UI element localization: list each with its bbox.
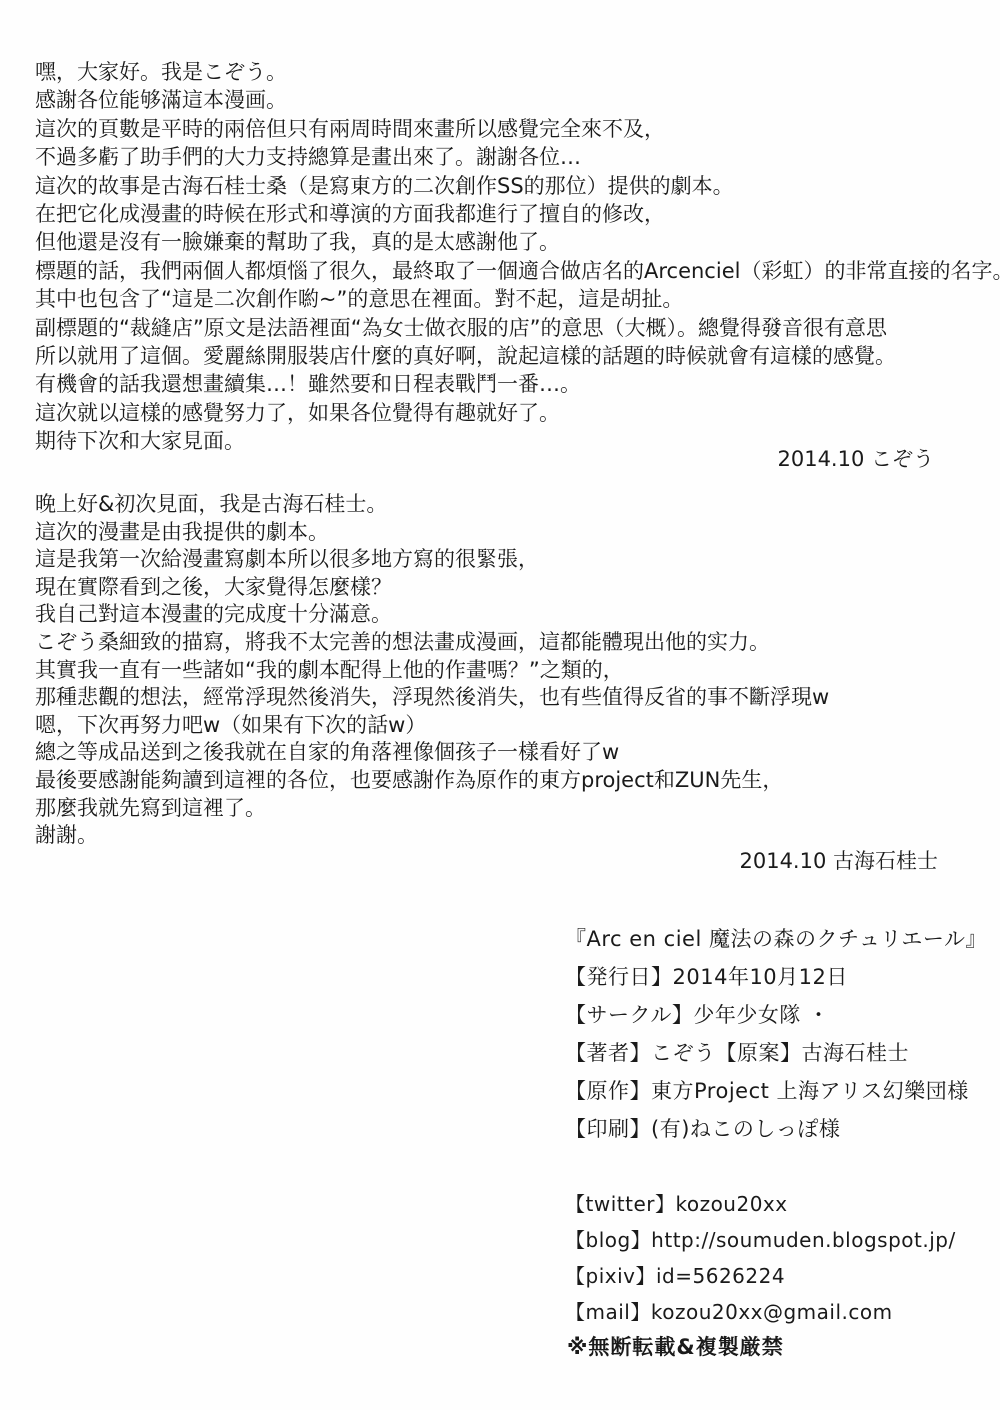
writer-signature-date: 2014.10 古海石桂士: [739, 845, 938, 875]
contact-mail: 【mail】kozou20xx@gmail.com: [565, 1294, 956, 1330]
contact-twitter: 【twitter】kozou20xx: [565, 1186, 956, 1222]
text-line: 標題的話，我們兩個人都煩惱了很久，最終取了一個適合做店名的Arcenciel（彩…: [35, 257, 962, 285]
text-line: 這次的頁數是平時的兩倍但只有兩周時間來畫所以感覺完全來不及，: [35, 115, 962, 143]
text-line: 最後要感謝能夠讀到這裡的各位，也要感謝作為原作的東方project和ZUN先生，: [35, 767, 962, 795]
text-line: 其實我一直有一些諸如“我的劇本配得上他的作畫嗎？”之類的，: [35, 657, 962, 685]
book-title: 『Arc en ciel 魔法の森のクチュリエール』: [565, 920, 987, 958]
colophon-circle: 【サークル】少年少女隊 ・: [565, 996, 987, 1034]
text-line: 那種悲觀的想法，經常浮現然後消失，浮現然後消失，也有些值得反省的事不斷浮現w: [35, 684, 962, 712]
text-line: 其中也包含了“這是二次創作喲~”的意思在裡面。對不起，這是胡扯。: [35, 285, 962, 313]
text-line: 現在實際看到之後，大家覺得怎麼樣？: [35, 574, 962, 602]
text-line: 嘿，大家好。我是こぞう。: [35, 58, 962, 86]
contact-blog: 【blog】http://soumuden.blogspot.jp/: [565, 1222, 956, 1258]
afterword-writer-section: 晚上好&初次見面，我是古海石桂士。 這次的漫畫是由我提供的劇本。 這是我第一次給…: [35, 491, 962, 850]
colophon-author: 【著者】こぞう【原案】古海石桂士: [565, 1034, 987, 1072]
text-line: 這次就以這樣的感覺努力了，如果各位覺得有趣就好了。: [35, 399, 962, 427]
text-line: 感謝各位能够滿這本漫画。: [35, 86, 962, 114]
colophon-section: 『Arc en ciel 魔法の森のクチュリエール』 【発行日】2014年10月…: [565, 920, 987, 1148]
text-line: 副標題的“裁縫店”原文是法語裡面“為女士做衣服的店”的意思（大概）。總覺得發音很…: [35, 314, 962, 342]
text-line: 那麼我就先寫到這裡了。: [35, 795, 962, 823]
text-line: 有機會的話我還想畫續集…！雖然要和日程表戰鬥一番…。: [35, 370, 962, 398]
text-line: 但他還是沒有一臉嫌棄的幫助了我，真的是太感謝他了。: [35, 228, 962, 256]
text-line: 這次的故事是古海石桂士桑（是寫東方的二次創作SS的那位）提供的劇本。: [35, 172, 962, 200]
afterword-artist-section: 嘿，大家好。我是こぞう。 感謝各位能够滿這本漫画。 這次的頁數是平時的兩倍但只有…: [35, 58, 962, 456]
copyright-notice: ※無断転載&複製厳禁: [567, 1331, 784, 1361]
text-line: こぞう桑細致的描寫，將我不太完善的想法畫成漫画，這都能體現出他的实力。: [35, 629, 962, 657]
text-line: 總之等成品送到之後我就在自家的角落裡像個孩子一樣看好了w: [35, 739, 962, 767]
text-line: 在把它化成漫畫的時候在形式和導演的方面我都進行了擅自的修改，: [35, 200, 962, 228]
text-line: 我自己對這本漫畫的完成度十分滿意。: [35, 601, 962, 629]
text-line: 晚上好&初次見面，我是古海石桂士。: [35, 491, 962, 519]
artist-signature-date: 2014.10 こぞう: [777, 443, 934, 473]
colophon-original-work: 【原作】東方Project 上海アリス幻樂団様: [565, 1072, 987, 1110]
text-line: 不過多虧了助手們的大力支持總算是畫出來了。謝謝各位…: [35, 143, 962, 171]
colophon-printer: 【印刷】(有)ねこのしっぽ様: [565, 1110, 987, 1148]
afterword-page: 嘿，大家好。我是こぞう。 感謝各位能够滿這本漫画。 這次的頁數是平時的兩倍但只有…: [0, 0, 1000, 1410]
contact-pixiv: 【pixiv】id=5626224: [565, 1258, 956, 1294]
text-line: 這次的漫畫是由我提供的劇本。: [35, 519, 962, 547]
text-line: 嗯，下次再努力吧w（如果有下次的話w）: [35, 712, 962, 740]
text-line: 所以就用了這個。愛麗絲開服裝店什麼的真好啊，說起這樣的話題的時候就會有這樣的感覺…: [35, 342, 962, 370]
text-line: 這是我第一次給漫畫寫劇本所以很多地方寫的很緊張，: [35, 546, 962, 574]
colophon-publish-date: 【発行日】2014年10月12日: [565, 958, 987, 996]
contact-section: 【twitter】kozou20xx 【blog】http://soumuden…: [565, 1186, 956, 1330]
